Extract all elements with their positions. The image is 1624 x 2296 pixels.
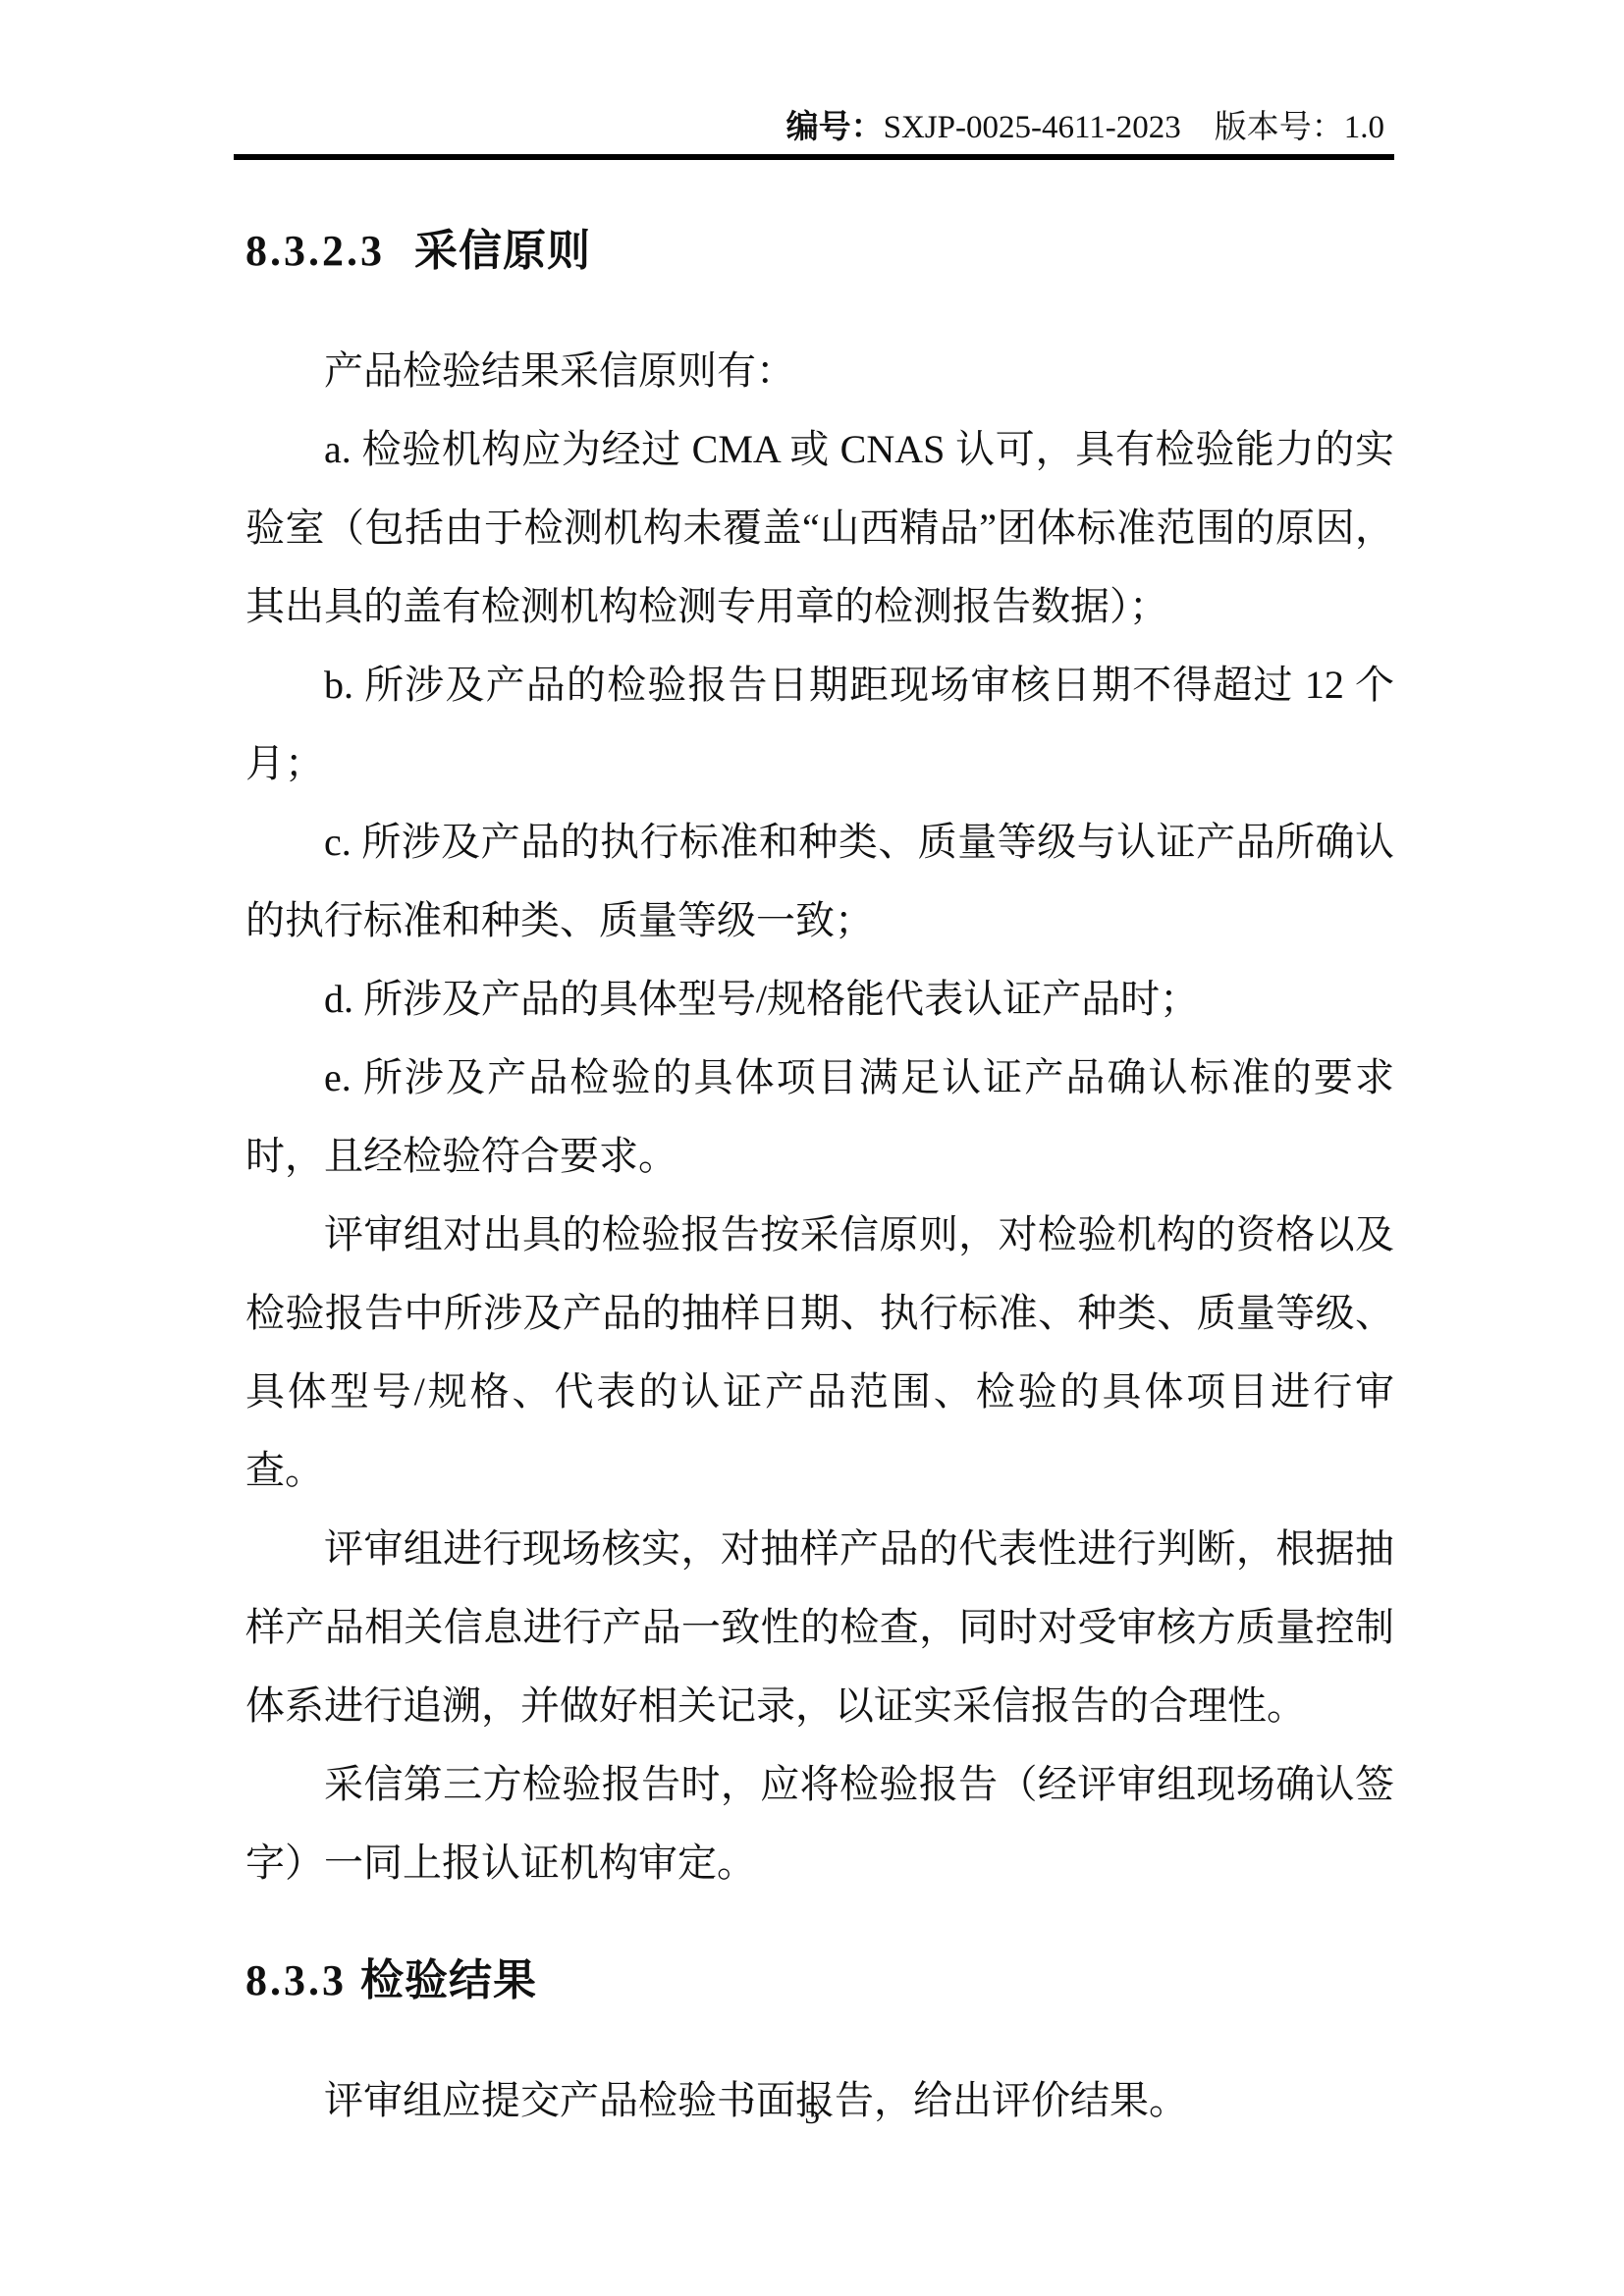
section-title: 采信原则 [414,227,591,275]
heading-spacer [245,2024,1394,2061]
paragraph-intro: 产品检验结果采信原则有： [245,332,1394,410]
paragraph-item-e: e. 所涉及产品检验的具体项目满足认证产品确认标准的要求时，且经检验符合要求。 [245,1039,1394,1196]
version-label: 版本号： [1215,110,1344,145]
version-value: 1.0 [1344,110,1384,145]
document-body: 8.3.2.3采信原则 产品检验结果采信原则有： a. 检验机构应为经过 CMA… [245,208,1394,2140]
heading-spacer [245,294,1394,332]
paragraph-third-party: 采信第三方检验报告时，应将检验报告（经评审组现场确认签字）一同上报认证机构审定。 [245,1745,1394,1902]
document-header: 编号：SXJP-0025-4611-2023版本号：1.0 [245,106,1384,149]
document-page: 编号：SXJP-0025-4611-2023版本号：1.0 8.3.2.3采信原… [0,0,1624,2296]
section-heading-833: 8.3.3检验结果 [245,1938,1394,2024]
section-number: 8.3.3 [245,1956,347,2004]
paragraph-item-b: b. 所涉及产品的检验报告日期距现场审核日期不得超过 12 个月； [245,646,1394,803]
paragraph-onsite-check: 评审组进行现场核实，对抽样产品的代表性进行判断，根据抽样产品相关信息进行产品一致… [245,1510,1394,1745]
doc-number-value: SXJP-0025-4611-2023 [884,110,1181,145]
paragraph-item-c: c. 所涉及产品的执行标准和种类、质量等级与认证产品所确认的执行标准和种类、质量… [245,803,1394,960]
section-heading-8323: 8.3.2.3采信原则 [245,208,1394,294]
section-number: 8.3.2.3 [245,227,385,275]
doc-number-label: 编号： [786,110,884,145]
paragraph-review: 评审组对出具的检验报告按采信原则，对检验机构的资格以及检验报告中所涉及产品的抽样… [245,1196,1394,1510]
section-title: 检验结果 [360,1956,537,2004]
page-number: 5 [0,2093,1624,2132]
header-divider-line [234,154,1394,160]
paragraph-item-a: a. 检验机构应为经过 CMA 或 CNAS 认可，具有检验能力的实验室（包括由… [245,410,1394,646]
paragraph-item-d: d. 所涉及产品的具体型号/规格能代表认证产品时； [245,960,1394,1039]
